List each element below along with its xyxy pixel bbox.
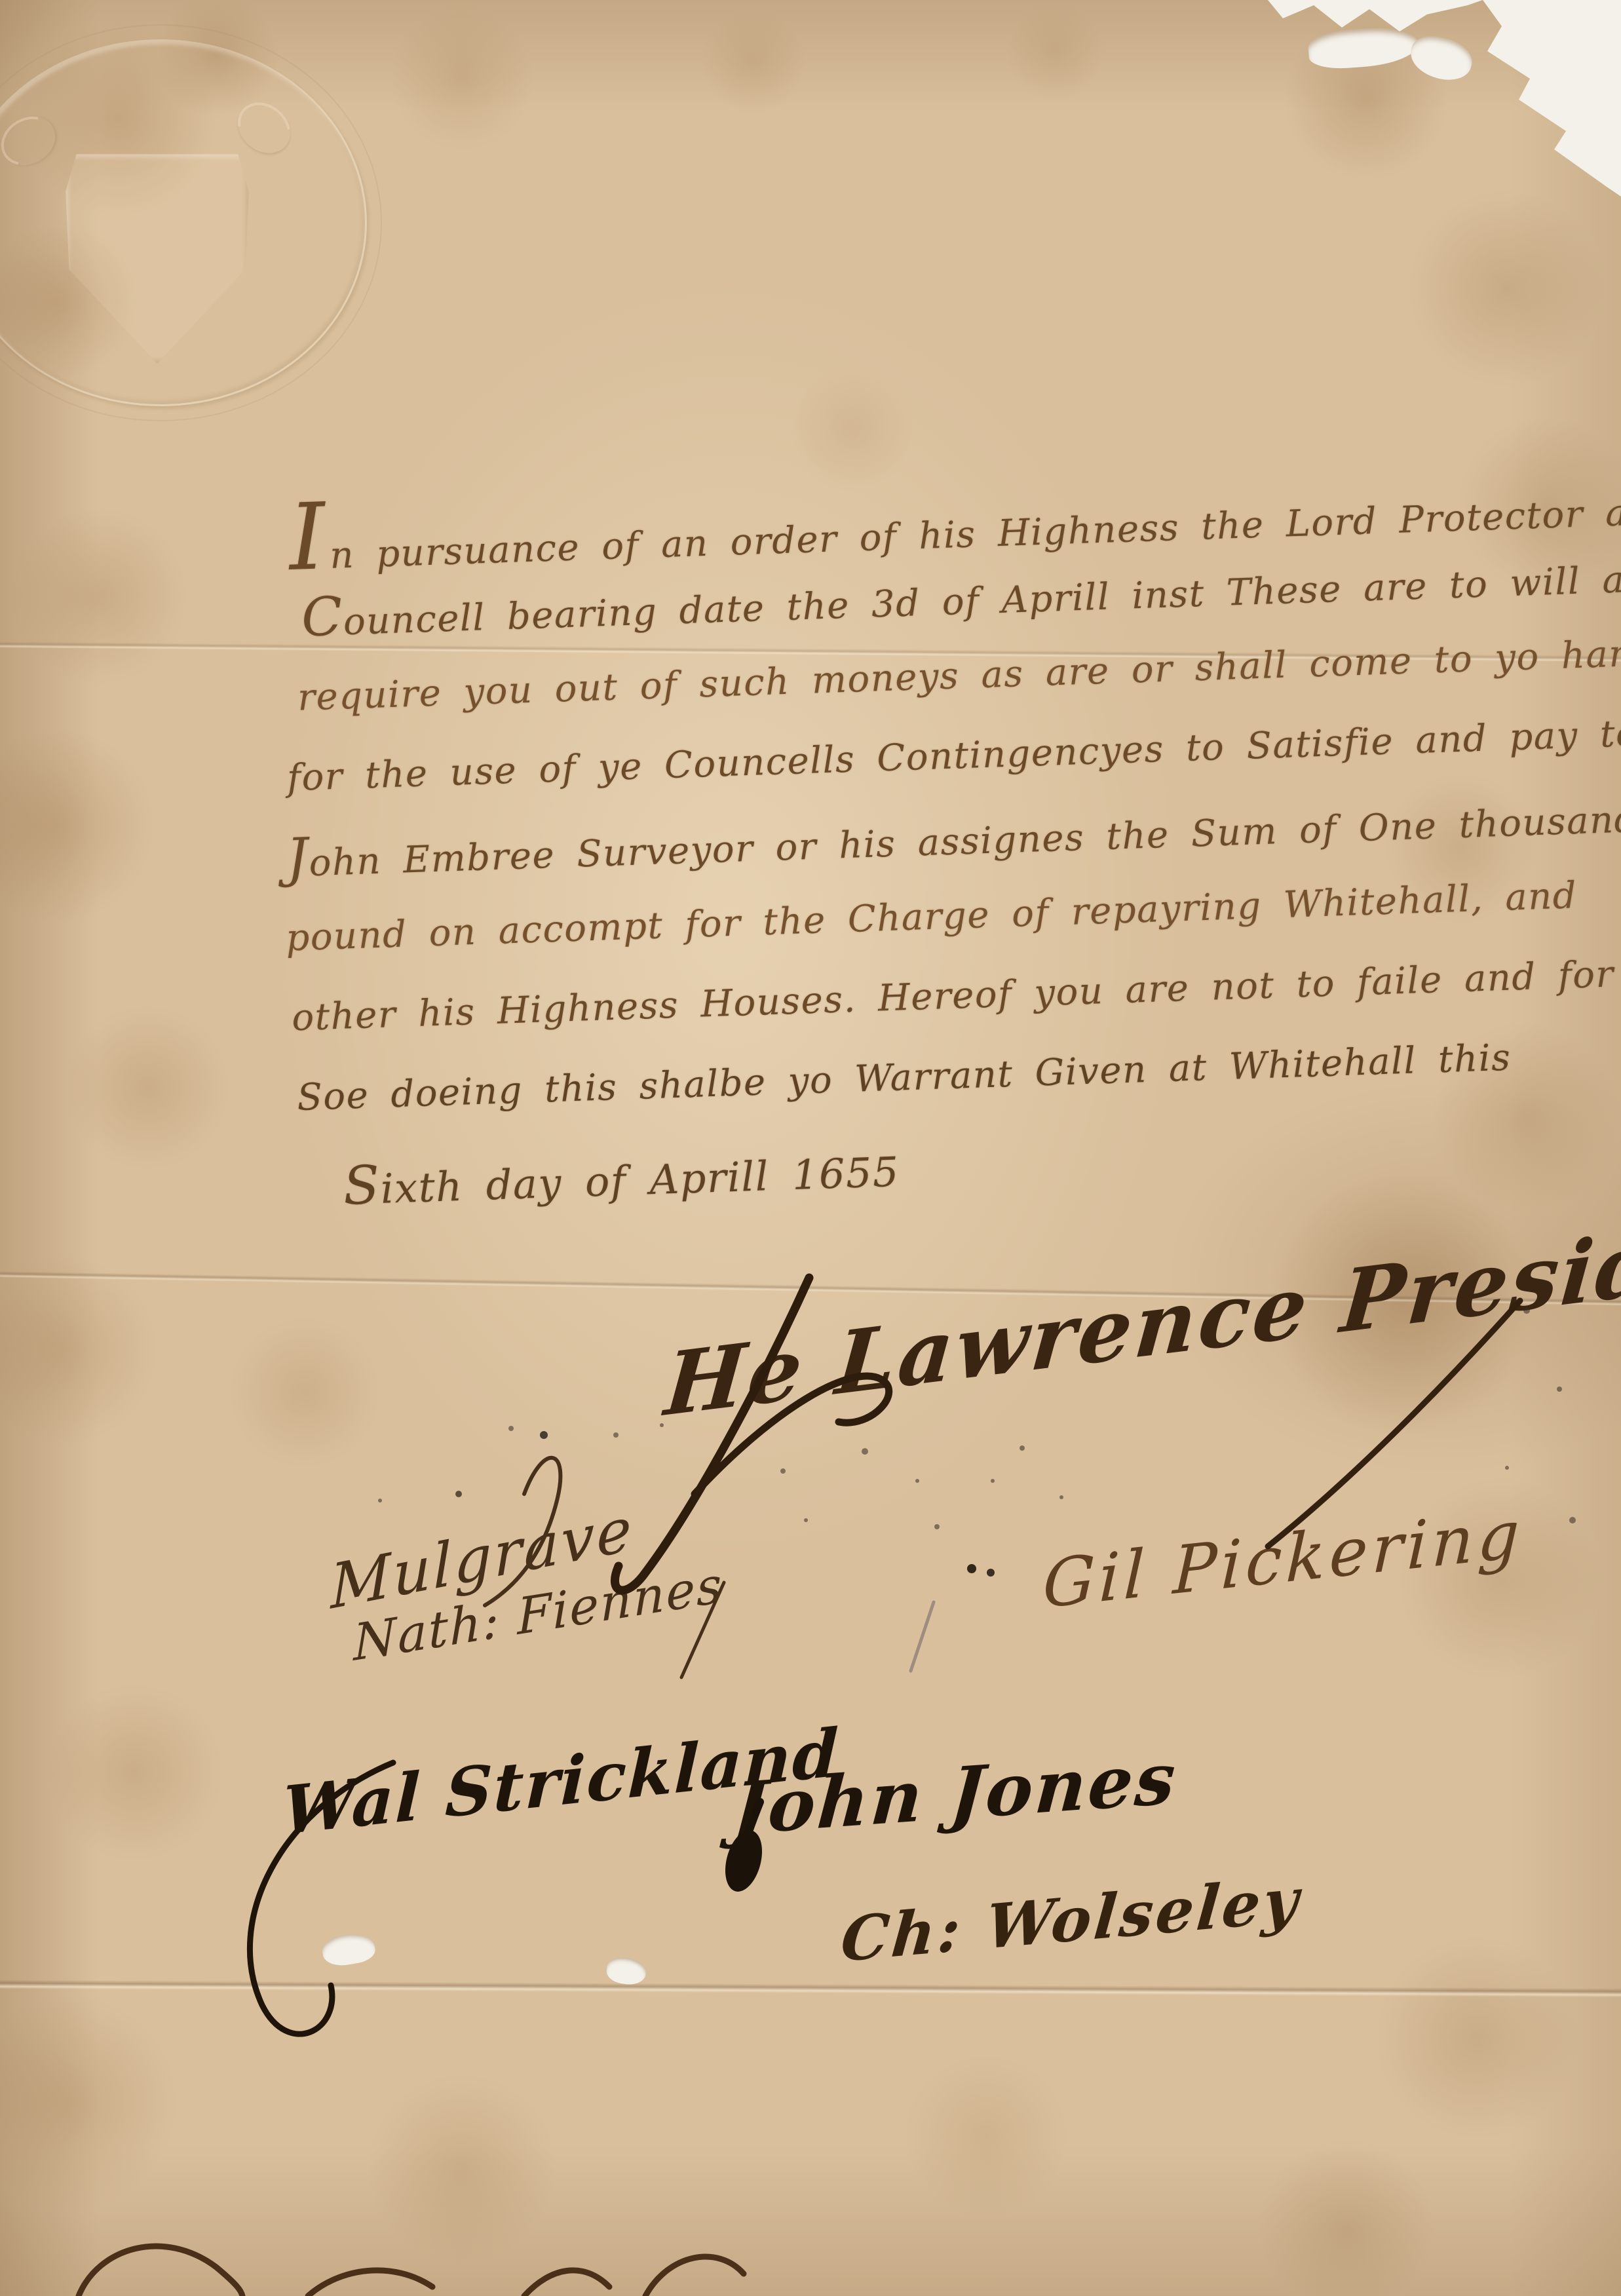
ink-speckle — [987, 1569, 995, 1577]
signature-lawrence-president: He Lawrence Presidt — [662, 1215, 1621, 1428]
ink-speckle — [780, 1468, 786, 1474]
embossed-seal — [0, 39, 367, 406]
body-line: require you out of such moneys as are or… — [297, 630, 1621, 721]
body-line: pound on accompt for the Charge of repay… — [285, 873, 1578, 961]
body-date-line: Sixth day of Aprill 1655 — [343, 1145, 900, 1214]
ink-speckle — [915, 1479, 919, 1483]
ink-speckle — [540, 1431, 548, 1439]
ink-speckle — [508, 1426, 514, 1431]
tear-chip — [605, 1955, 648, 1987]
cutoff-bottom-strokes — [79, 2246, 744, 2296]
ink-speckle — [378, 1499, 382, 1502]
ink-speckle — [1569, 1517, 1576, 1523]
cutoff-stroke — [524, 2270, 609, 2296]
ink-speckle — [967, 1564, 976, 1573]
ink-speckle — [613, 1432, 619, 1438]
ghost-pencil-stroke — [911, 1602, 934, 1671]
ink-speckle — [455, 1491, 462, 1497]
body-line: Soe doeing this shalbe yo Warrant Given … — [296, 1035, 1512, 1121]
fold-crease-bottom — [0, 1980, 1621, 1997]
ink-speckle — [804, 1518, 808, 1522]
cutoff-stroke — [79, 2246, 242, 2296]
ink-speckle — [1557, 1387, 1562, 1392]
tear-slit — [1307, 25, 1420, 71]
ink-speckle — [991, 1479, 995, 1483]
scanned-document-page: In pursuance of an order of his Highness… — [0, 0, 1621, 2296]
body-line: for the use of ye Councells Contingencye… — [286, 708, 1621, 801]
body-line: John Embree Surveyor or his assignes the… — [286, 791, 1621, 887]
tear-slit — [1407, 32, 1476, 85]
ink-speckle — [934, 1524, 940, 1529]
ink-speckle — [1059, 1495, 1063, 1499]
ink-speckle — [1020, 1445, 1025, 1451]
signature-wolseley: Ch: Wolseley — [839, 1869, 1303, 1970]
cutoff-stroke — [308, 2270, 432, 2296]
signature-pickering: Gil Pickering — [1042, 1501, 1524, 1618]
ink-speckle — [862, 1448, 868, 1455]
body-line: other his Highness Houses. Hereof you ar… — [291, 951, 1614, 1041]
ink-speckle — [1505, 1466, 1509, 1470]
tear-chip — [320, 1930, 377, 1968]
paper-sheet: In pursuance of an order of his Highness… — [0, 0, 1621, 2296]
cutoff-stroke — [645, 2257, 744, 2296]
letter-body: In pursuance of an order of his Highness… — [288, 472, 1598, 516]
